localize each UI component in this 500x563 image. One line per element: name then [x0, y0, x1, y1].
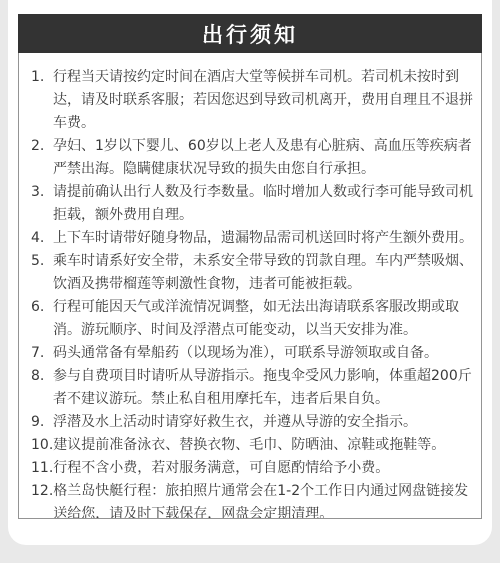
list-item-number: 2.: [31, 135, 53, 158]
list-item-number: 5.: [31, 250, 53, 273]
list-item-number: 10.: [31, 434, 53, 457]
list-item: 2.孕妇、1岁以下婴儿、60岁以上老人及患有心脏病、高血压等疾病者严禁出海。隐瞒…: [31, 135, 475, 181]
page-title: 出行须知: [202, 19, 298, 49]
list-item-number: 3.: [31, 181, 53, 204]
list-item-number: 8.: [31, 365, 53, 388]
list-item-text: 行程当天请按约定时间在酒店大堂等候拼车司机。若司机未按时到达，请及时联系客服；若…: [53, 66, 475, 135]
list-item: 3.请提前确认出行人数及行李数量。临时增加人数或行李可能导致司机拒载，额外费用自…: [31, 181, 475, 227]
list-item: 6.行程可能因天气或洋流情况调整，如无法出海请联系客服改期或取消。游玩顺序、时间…: [31, 296, 475, 342]
list-item: 1.行程当天请按约定时间在酒店大堂等候拼车司机。若司机未按时到达，请及时联系客服…: [31, 66, 475, 135]
list-item-number: 6.: [31, 296, 53, 319]
list-item-text: 浮潜及水上活动时请穿好救生衣，并遵从导游的安全指示。: [53, 411, 475, 434]
notice-box: 1.行程当天请按约定时间在酒店大堂等候拼车司机。若司机未按时到达，请及时联系客服…: [18, 53, 482, 519]
list-item-text: 乘车时请系好安全带，未系安全带导致的罚款自理。车内严禁吸烟、饮酒及携带榴莲等刺激…: [53, 250, 475, 296]
list-item-text: 孕妇、1岁以下婴儿、60岁以上老人及患有心脏病、高血压等疾病者严禁出海。隐瞒健康…: [53, 135, 475, 181]
list-item: 8.参与自费项目时请听从导游指示。拖曳伞受风力影响，体重超200斤者不建议游玩。…: [31, 365, 475, 411]
list-item-number: 12.: [31, 480, 53, 503]
list-item-text: 格兰岛快艇行程：旅拍照片通常会在1-2个工作日内通过网盘链接发送给您，请及时下载…: [53, 480, 475, 519]
list-item-number: 9.: [31, 411, 53, 434]
list-item: 10.建议提前准备泳衣、替换衣物、毛巾、防晒油、凉鞋或拖鞋等。: [31, 434, 475, 457]
notice-list: 1.行程当天请按约定时间在酒店大堂等候拼车司机。若司机未按时到达，请及时联系客服…: [31, 66, 475, 519]
list-item: 5.乘车时请系好安全带，未系安全带导致的罚款自理。车内严禁吸烟、饮酒及携带榴莲等…: [31, 250, 475, 296]
list-item-text: 建议提前准备泳衣、替换衣物、毛巾、防晒油、凉鞋或拖鞋等。: [53, 434, 475, 457]
list-item-text: 行程可能因天气或洋流情况调整，如无法出海请联系客服改期或取消。游玩顺序、时间及浮…: [53, 296, 475, 342]
list-item: 7.码头通常备有晕船药（以现场为准），可联系导游领取或自备。: [31, 342, 475, 365]
list-item-number: 1.: [31, 66, 53, 89]
page: 出行须知 1.行程当天请按约定时间在酒店大堂等候拼车司机。若司机未按时到达，请及…: [0, 0, 500, 563]
list-item-number: 11.: [31, 457, 53, 480]
list-item: 4.上下车时请带好随身物品，遗漏物品需司机送回时将产生额外费用。: [31, 227, 475, 250]
list-item-number: 7.: [31, 342, 53, 365]
list-item: 11.行程不含小费，若对服务满意，可自愿酌情给予小费。: [31, 457, 475, 480]
list-item: 12.格兰岛快艇行程：旅拍照片通常会在1-2个工作日内通过网盘链接发送给您，请及…: [31, 480, 475, 519]
list-item-text: 码头通常备有晕船药（以现场为准），可联系导游领取或自备。: [53, 342, 475, 365]
list-item-text: 行程不含小费，若对服务满意，可自愿酌情给予小费。: [53, 457, 475, 480]
list-item-text: 参与自费项目时请听从导游指示。拖曳伞受风力影响，体重超200斤者不建议游玩。禁止…: [53, 365, 475, 411]
notice-card: 出行须知 1.行程当天请按约定时间在酒店大堂等候拼车司机。若司机未按时到达，请及…: [8, 0, 492, 545]
list-item-text: 上下车时请带好随身物品，遗漏物品需司机送回时将产生额外费用。: [53, 227, 475, 250]
list-item-text: 请提前确认出行人数及行李数量。临时增加人数或行李可能导致司机拒载，额外费用自理。: [53, 181, 475, 227]
notice-header: 出行须知: [18, 14, 482, 53]
list-item-number: 4.: [31, 227, 53, 250]
list-item: 9.浮潜及水上活动时请穿好救生衣，并遵从导游的安全指示。: [31, 411, 475, 434]
